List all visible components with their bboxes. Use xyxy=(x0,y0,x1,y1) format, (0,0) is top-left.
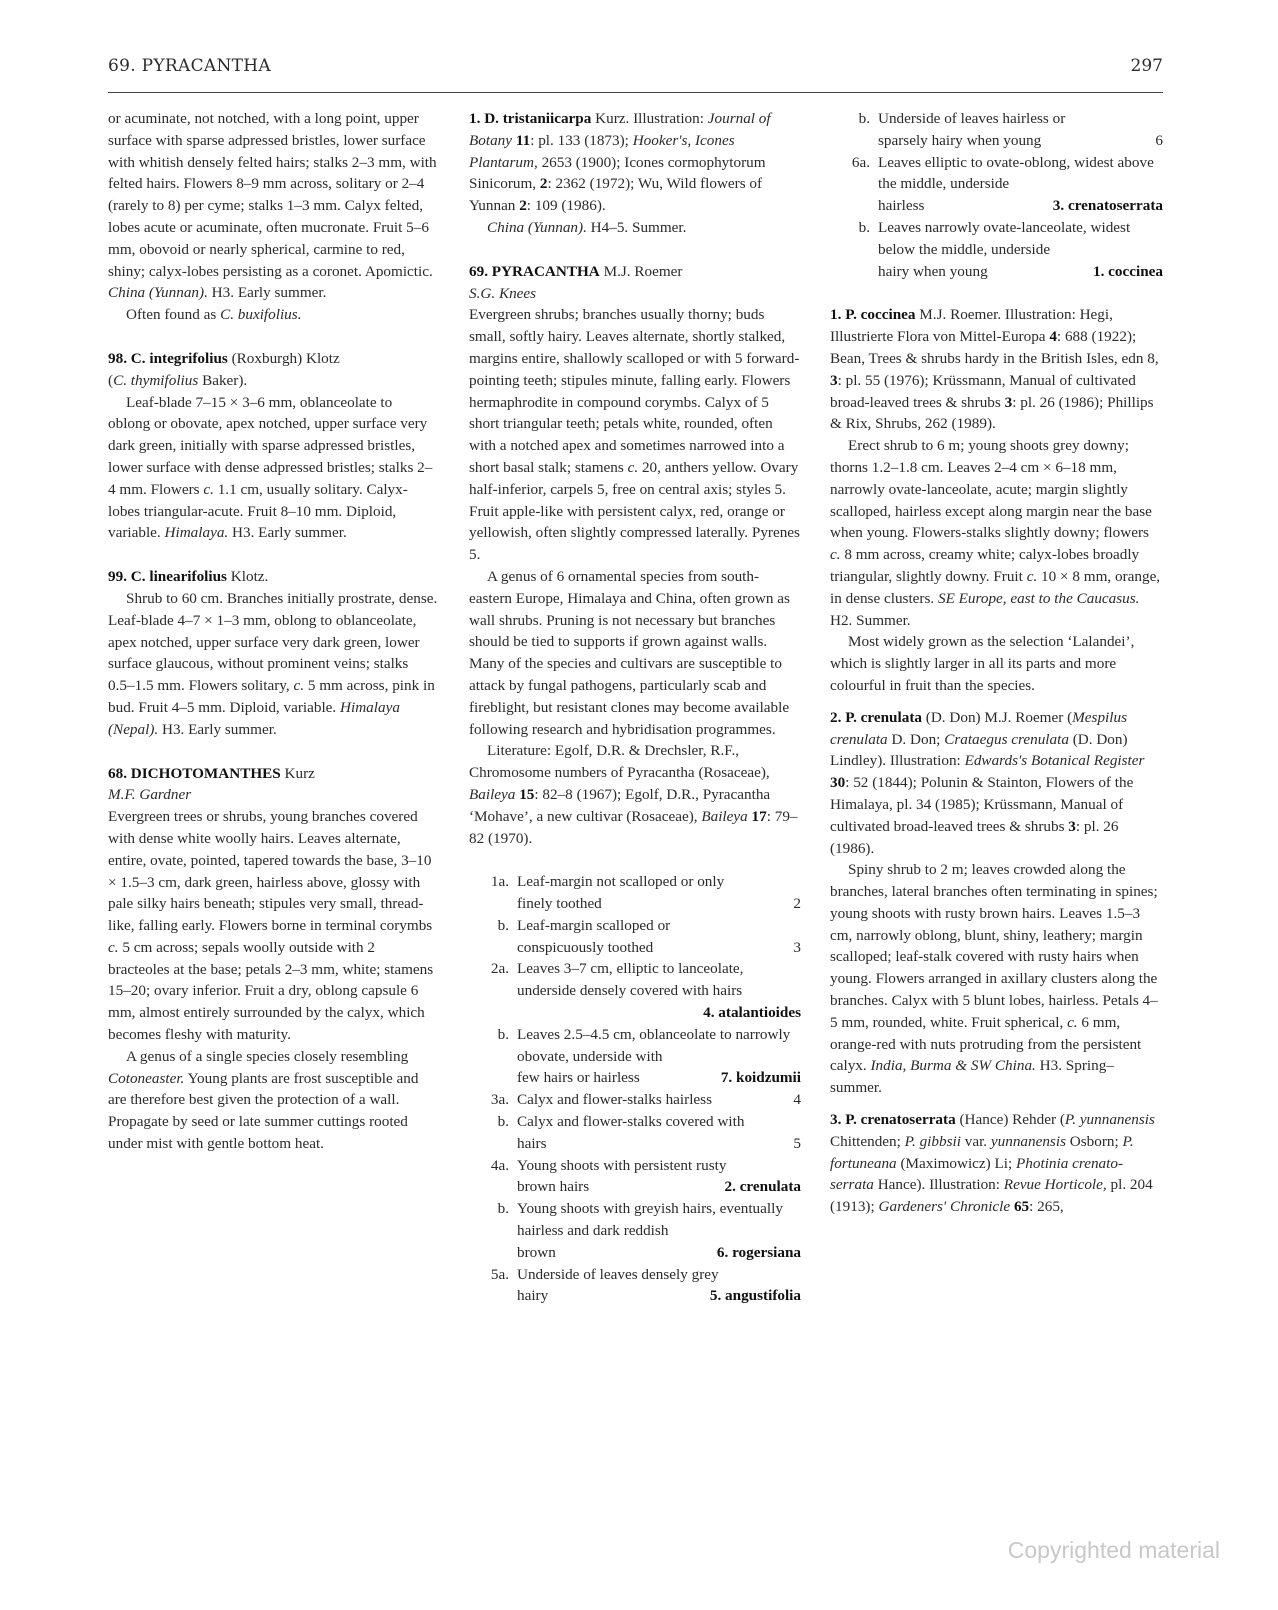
key-couplet: b. Calyx and flower-stalks covered with … xyxy=(469,1111,801,1155)
genus-description-69: Evergreen shrubs; branches usually thorn… xyxy=(469,304,801,566)
genus-literature-69: Literature: Egolf, D.R. & Drechsler, R.F… xyxy=(469,740,801,849)
species-description-98: Leaf-blade 7–15 × 3–6 mm, oblanceolate t… xyxy=(108,392,438,545)
page-number: 297 xyxy=(1131,56,1163,76)
species-entry-p-crenulata: 2. P. crenulata (D. Don) M.J. Roemer (Me… xyxy=(830,707,1163,860)
key-couplet: b. Young shoots with greyish hairs, even… xyxy=(469,1198,801,1263)
running-head: 69. PYRACANTHA xyxy=(108,56,271,76)
species-synonym-98: (C. thymifolius Baker). xyxy=(108,370,438,392)
key-couplet: b. Leaves narrowly ovate-lanceolate, wid… xyxy=(830,217,1163,282)
species-distribution-d-tristaniicarpa: China (Yunnan). H4–5. Summer. xyxy=(469,217,801,239)
key-couplet: 4a. Young shoots with persistent rusty b… xyxy=(469,1155,801,1199)
continued-paragraph: or acuminate, not notched, with a long p… xyxy=(108,108,438,304)
copyright-watermark: Copyrighted material xyxy=(1008,1537,1220,1564)
column-right: b. Underside of leaves hairless or spars… xyxy=(830,108,1163,1218)
key-couplet: b. Leaves 2.5–4.5 cm, oblanceolate to na… xyxy=(469,1024,801,1089)
genus-contributor-69: S.G. Knees xyxy=(469,283,801,305)
species-description-99: Shrub to 60 cm. Branches initially prost… xyxy=(108,588,438,741)
genus-description-68: Evergreen trees or shrubs, young branche… xyxy=(108,806,438,1046)
key-couplet: 6a. Leaves elliptic to ovate-oblong, wid… xyxy=(830,152,1163,217)
key-couplet: b. Underside of leaves hairless or spars… xyxy=(830,108,1163,152)
key-couplet: 3a. Calyx and flower-stalks hairless4 xyxy=(469,1089,801,1111)
genus-note-69: A genus of 6 ornamental species from sou… xyxy=(469,566,801,740)
species-entry-p-crenatoserrata: 3. P. crenatoserrata (Hance) Rehder (P. … xyxy=(830,1109,1163,1218)
species-note-p-coccinea: Most widely grown as the selection ‘Lala… xyxy=(830,631,1163,696)
species-heading-d-tristaniicarpa: 1. D. tristaniicarpa Kurz. Illustration:… xyxy=(469,108,801,217)
identification-key-continued: b. Underside of leaves hairless or spars… xyxy=(830,108,1163,282)
genus-heading-69: 69. PYRACANTHA M.J. Roemer xyxy=(469,261,801,283)
species-heading-99: 99. C. linearifolius Klotz. xyxy=(108,566,438,588)
species-description-p-crenulata: Spiny shrub to 2 m; leaves crowded along… xyxy=(830,859,1163,1099)
column-left: or acuminate, not notched, with a long p… xyxy=(108,108,438,1155)
species-entry-p-coccinea: 1. P. coccinea M.J. Roemer. Illustration… xyxy=(830,304,1163,435)
species-heading-98: 98. C. integrifolius (Roxburgh) Klotz xyxy=(108,348,438,370)
key-couplet: 5a. Underside of leaves densely grey hai… xyxy=(469,1264,801,1308)
genus-contributor-68: M.F. Gardner xyxy=(108,784,438,806)
species-description-p-coccinea: Erect shrub to 6 m; young shoots grey do… xyxy=(830,435,1163,631)
column-middle: 1. D. tristaniicarpa Kurz. Illustration:… xyxy=(469,108,801,1307)
genus-note-68: A genus of a single species closely rese… xyxy=(108,1046,438,1155)
page-header: 69. PYRACANTHA 297 xyxy=(108,56,1163,93)
identification-key: 1a. Leaf-margin not scalloped or only fi… xyxy=(469,871,801,1307)
note-paragraph: Often found as C. buxifolius. xyxy=(108,304,438,326)
key-couplet: b. Leaf-margin scalloped or conspicuousl… xyxy=(469,915,801,959)
key-couplet: 2a. Leaves 3–7 cm, elliptic to lanceolat… xyxy=(469,958,801,1023)
genus-heading-68: 68. DICHOTOMANTHES Kurz xyxy=(108,763,438,785)
key-couplet: 1a. Leaf-margin not scalloped or only fi… xyxy=(469,871,801,915)
